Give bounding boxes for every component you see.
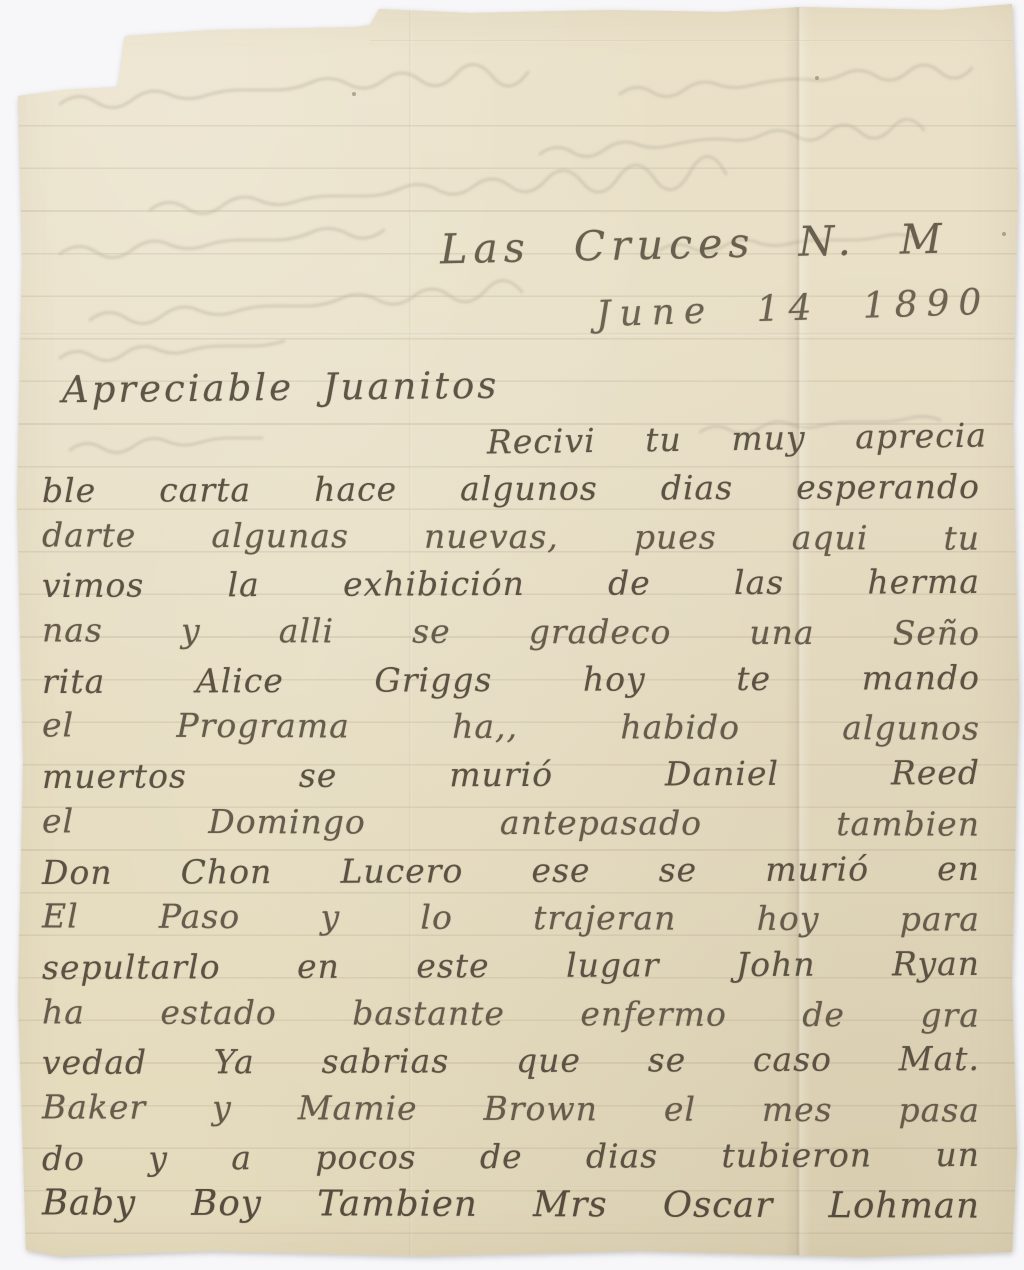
- letter-paper: Las Cruces N. M June 14 1890 Apreciable …: [0, 0, 1024, 1270]
- scanned-letter-page: Las Cruces N. M June 14 1890 Apreciable …: [0, 0, 1024, 1270]
- paper-shadow-wrap: Las Cruces N. M June 14 1890 Apreciable …: [0, 0, 1024, 1270]
- paper-aging-vignette: [0, 0, 1024, 1270]
